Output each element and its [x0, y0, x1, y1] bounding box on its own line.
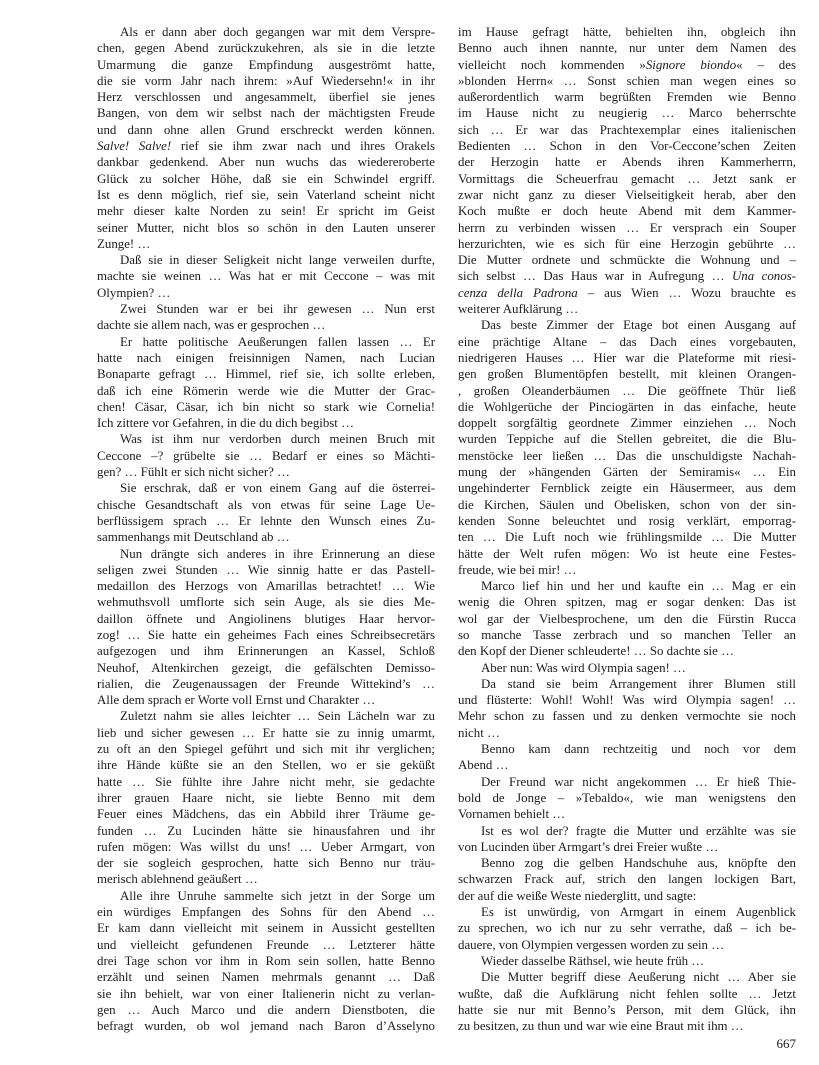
text-line: Wieder dasselbe Räthsel, wie heute früh … — [458, 953, 796, 969]
text-line: funden … Zu Lucinden hätte sie hinausfah… — [97, 823, 435, 839]
text-line: herrn zu verbinden wissen … Er versprach… — [458, 220, 796, 236]
text-line: Salve! Salve! rief sie ihm zwar nach und… — [97, 138, 435, 154]
text-line: Bangen, von dem wir selbst nach der mäch… — [97, 105, 435, 121]
text-line: Aber nun: Was wird Olympia sagen! … — [458, 660, 796, 676]
text-line: hätte der Welt rufen mögen: Wo ist heute… — [458, 546, 796, 562]
paragraph: Es ist unwürdig, von Armgart in einem Au… — [458, 904, 796, 953]
text-line: ihrer grauen Haare nicht, sie liebte Ben… — [97, 790, 435, 806]
text-line: der Herzogin hatte er Abends ihren Kamme… — [458, 154, 796, 170]
paragraph: Marco lief hin und her und kaufte ein … … — [458, 578, 796, 659]
text-line: zwar nicht ganz zu dieser Vielseitigkeit… — [458, 187, 796, 203]
text-line: Da stand sie beim Arrangement ihrer Blum… — [458, 676, 796, 692]
text-line: gen großen Blumentöpfen bestellt, mit kl… — [458, 366, 796, 382]
text-line: Die Mutter ordnete und schmückte die Woh… — [458, 252, 796, 268]
text-line: Umarmung die ganze Empfindung ausgeström… — [97, 57, 435, 73]
text-line: Marco lief hin und her und kaufte ein … … — [458, 578, 796, 594]
paragraph: Aber nun: Was wird Olympia sagen! … — [458, 660, 796, 676]
text-line: Olympien? … — [97, 285, 435, 301]
text-line: mung der »hängenden Gärten der Semiramis… — [458, 464, 796, 480]
text-line: niedrigeren Hauses … Hier war die Platef… — [458, 350, 796, 366]
text-line: und dann ohne allen Grund erschreckt wer… — [97, 122, 435, 138]
text-line: merisch ablehnend geäußert … — [97, 871, 435, 887]
text-line: Nun drängte sich anderes in ihre Erinner… — [97, 546, 435, 562]
italic-text: Signore biondo — [646, 58, 736, 72]
text-line: wehmuthsvoll umflorte sich sein Auge, al… — [97, 594, 435, 610]
text-line: Benno auch ihnen nannte, nur unter dem N… — [458, 40, 796, 56]
text-line: aufgezogen und ihm Erinnerungen an Kasse… — [97, 643, 435, 659]
text-line: Bedienten … Schon in den Vor-Ceccone’sch… — [458, 138, 796, 154]
text-line: Mehr schon zu fassen und zu denken vermo… — [458, 708, 796, 724]
book-page: Als er dann aber doch gegangen war mit d… — [0, 0, 819, 1065]
paragraph: Wieder dasselbe Räthsel, wie heute früh … — [458, 953, 796, 969]
text-line: herzurichten, wie es sich für eine Herzo… — [458, 236, 796, 252]
paragraph: Was ist ihm nur verdorben durch meinen B… — [97, 431, 435, 480]
text-line: menstöcke leer ließen … Das die unschuld… — [458, 448, 796, 464]
text-line: freude, wie bei mir! … — [458, 562, 796, 578]
paragraph: Ist es wol der? fragte die Mutter und er… — [458, 823, 796, 856]
text-line: Neuhof, Altenkirchen gezeigt, die gefäls… — [97, 660, 435, 676]
text-line: Glück zu solcher Höhe, daß sie ein Schwi… — [97, 171, 435, 187]
text-line: mehr dieser kalte Norden zu sein! Er spr… — [97, 203, 435, 219]
text-line: chen, gegen Abend zurückzukehren, als si… — [97, 40, 435, 56]
text-line: kenden Sonne beleuchtet und rosig verklä… — [458, 513, 796, 529]
text-line: Abend … — [458, 757, 796, 773]
text-line: bold de Jonge – »Tebaldo«, wie man wenig… — [458, 790, 796, 806]
text-line: daß ich eine Römerin werde wie die Mutte… — [97, 383, 435, 399]
text-line: wußte, daß die Aufklärung nicht fehlen s… — [458, 986, 796, 1002]
text-line: Daß sie in dieser Seligkeit nicht lange … — [97, 252, 435, 268]
text-line: hatte sie nur mit Benno’s Person, mit de… — [458, 1002, 796, 1018]
text-line: ten … Die Luft noch wie frühlingsmilde …… — [458, 529, 796, 545]
text-line: zu besitzen, zu thun und war wie eine Br… — [458, 1018, 796, 1034]
text-line: Als er dann aber doch gegangen war mit d… — [97, 24, 435, 40]
text-line: erzählt und seinen Namen mehrmals genann… — [97, 969, 435, 985]
text-line: der sie sogleich gesprochen, hatte sich … — [97, 855, 435, 871]
text-line: Feuer eines Mädchens, das ein Abbild ihr… — [97, 806, 435, 822]
text-line: seiner Mutter, nicht blos so schön in de… — [97, 220, 435, 236]
text-line: außerordentlich warm begrüßten Fremden w… — [458, 89, 796, 105]
text-line: die Kirchen, Säulen und Obelisken, schon… — [458, 497, 796, 513]
text-line: hatte … Sie fühlte ihre Jahre nicht mehr… — [97, 774, 435, 790]
text-line: chische Gesandtschaft als von etwas für … — [97, 497, 435, 513]
text-line: Benno zog die gelben Handschuhe aus, knö… — [458, 855, 796, 871]
text-line: von Lucinden über Armgart’s drei Freier … — [458, 839, 796, 855]
text-line: Ceccone –? grübelte sie … Bedarf er eine… — [97, 448, 435, 464]
text-line: machte sie weinen … Was hat er mit Cecco… — [97, 268, 435, 284]
paragraph: Daß sie in dieser Seligkeit nicht lange … — [97, 252, 435, 301]
text-line: Die Mutter begriff diese Aeußerung nicht… — [458, 969, 796, 985]
text-line: dankbar gedenkend. Aber nun wuchs das wi… — [97, 154, 435, 170]
text-line: Zuletzt nahm sie alles leichter … Sein L… — [97, 708, 435, 724]
paragraph: Das beste Zimmer der Etage bot einen Aus… — [458, 317, 796, 578]
italic-text: cenza della Padrona — [458, 286, 578, 300]
text-line: zog! … Sie hatte ein geheimes Fach eines… — [97, 627, 435, 643]
text-line: Herz verschlossen und angesammelt, überf… — [97, 89, 435, 105]
text-line: Der Freund war nicht angekommen … Er hie… — [458, 774, 796, 790]
text-line: Ist es denn möglich, rief sie, sein Vate… — [97, 187, 435, 203]
paragraph: Als er dann aber doch gegangen war mit d… — [97, 24, 435, 252]
text-line: wol gar der Vielbesprochene, um den die … — [458, 611, 796, 627]
text-line: sammenhangs mit Deutschland ab … — [97, 529, 435, 545]
paragraph: Zuletzt nahm sie alles leichter … Sein L… — [97, 708, 435, 887]
text-line: lieb und sicher gewesen … Er hatte sie z… — [97, 725, 435, 741]
paragraph: Die Mutter begriff diese Aeußerung nicht… — [458, 969, 796, 1034]
text-column-right: im Hause gefragt hätte, behielten ihn, o… — [458, 24, 796, 1034]
paragraph: Der Freund war nicht angekommen … Er hie… — [458, 774, 796, 823]
text-line: medaillon des Herzogs von Amarillas betr… — [97, 578, 435, 594]
text-line: Alle ihre Unruhe sammelte sich jetzt in … — [97, 888, 435, 904]
text-line: Vornamen behielt … — [458, 806, 796, 822]
text-line: und vielleicht gefundenen Freunde … Letz… — [97, 937, 435, 953]
text-line: wurden Teppiche auf die Stellen gebreite… — [458, 431, 796, 447]
text-line: Koch mußte er doch heute Abend mit dem K… — [458, 203, 796, 219]
paragraph: Alle ihre Unruhe sammelte sich jetzt in … — [97, 888, 435, 1035]
text-line: nicht … — [458, 725, 796, 741]
text-line: im Hause gefragt hätte, behielten ihn, o… — [458, 24, 796, 40]
text-line: »blonden Herrn« … Sonst schien man wegen… — [458, 73, 796, 89]
text-line: seligen zwei Stunden … Wie sinnig hatte … — [97, 562, 435, 578]
text-line: ein würdiges Empfangen des Sohns für den… — [97, 904, 435, 920]
paragraph: Er hatte politische Aeußerungen fallen l… — [97, 334, 435, 432]
text-line: chen! Cäsar, Cäsar, ich bin nicht so sta… — [97, 399, 435, 415]
text-line: weiterer Aufklärung … — [458, 301, 796, 317]
text-line: sich … Er war das Prachtexemplar eines i… — [458, 122, 796, 138]
text-line: dachte sie allem nach, was er gesprochen… — [97, 317, 435, 333]
text-line: dauere, von Olympien vergessen worden zu… — [458, 937, 796, 953]
text-line: die Wohlgerüche der Pinciogärten in das … — [458, 399, 796, 415]
text-line: der auf die weiße Weste niederglitt, und… — [458, 888, 796, 904]
text-line: befragt wurden, ob wol jemand nach Baron… — [97, 1018, 435, 1034]
text-line: cenza della Padrona – aus Wien … Wozu br… — [458, 285, 796, 301]
text-line: Er hatte politische Aeußerungen fallen l… — [97, 334, 435, 350]
text-line: Sie erschrak, daß er von einem Gang auf … — [97, 480, 435, 496]
text-line: den Kopf der Diener schleuderte! … So da… — [458, 643, 796, 659]
text-line: sich selbst … Das Haus war in Aufregung … — [458, 268, 796, 284]
text-line: ihre Hände küßte sie an den Stellen, wo … — [97, 757, 435, 773]
text-line: rialien, die Zeugenaussagen der Freunde … — [97, 676, 435, 692]
paragraph: im Hause gefragt hätte, behielten ihn, o… — [458, 24, 796, 317]
text-line: Ich zittere vor Gefahren, in die du dich… — [97, 415, 435, 431]
italic-text: Una conos- — [732, 269, 796, 283]
text-line: Benno kam dann rechtzeitig und noch vor … — [458, 741, 796, 757]
text-line: Zunge! … — [97, 236, 435, 252]
paragraph: Sie erschrak, daß er von einem Gang auf … — [97, 480, 435, 545]
text-line: und flüsterte: Wohl! Wohl! Was wird Olym… — [458, 692, 796, 708]
text-line: Alle dem sprach er Worte voll Ernst und … — [97, 692, 435, 708]
text-line: sie ihn behielt, war von einer Italiener… — [97, 986, 435, 1002]
text-line: gen? … Fühlt er sich nicht sicher? … — [97, 464, 435, 480]
text-line: Bonaparte gefragt … Himmel, rief sie, ic… — [97, 366, 435, 382]
text-line: berflüssigem sprach … Er lehnte den Wuns… — [97, 513, 435, 529]
text-line: zu oft an den Spiegel geführt und sich m… — [97, 741, 435, 757]
text-line: im Hause nicht zu neugierig … Marco behe… — [458, 105, 796, 121]
paragraph: Da stand sie beim Arrangement ihrer Blum… — [458, 676, 796, 741]
paragraph: Nun drängte sich anderes in ihre Erinner… — [97, 546, 435, 709]
italic-text: Salve! Salve! — [97, 139, 171, 153]
text-line: doppelt sorgfältig geordnete Zimmer einz… — [458, 415, 796, 431]
text-line: , großen Oleanderbäumen … Die geöffnete … — [458, 383, 796, 399]
paragraph: Benno kam dann rechtzeitig und noch vor … — [458, 741, 796, 774]
text-line: Das beste Zimmer der Etage bot einen Aus… — [458, 317, 796, 333]
text-line: Vormittags die Scheuerfrau gemacht … Jet… — [458, 171, 796, 187]
text-line: schwarzen Frack auf, strich den langen l… — [458, 871, 796, 887]
page-number: 667 — [458, 1036, 796, 1052]
text-line: Es ist unwürdig, von Armgart in einem Au… — [458, 904, 796, 920]
text-line: Zwei Stunden war er bei ihr gewesen … Nu… — [97, 301, 435, 317]
paragraph: Benno zog die gelben Handschuhe aus, knö… — [458, 855, 796, 904]
text-line: gen … Auch Marco und die andern Dienstbo… — [97, 1002, 435, 1018]
text-line: eine prächtige Altane – das Dach eines v… — [458, 334, 796, 350]
text-line: hatte nach einigen freisinnigen Namen, n… — [97, 350, 435, 366]
text-line: wenig die Ohren spitzen, mag er sogar de… — [458, 594, 796, 610]
paragraph: Zwei Stunden war er bei ihr gewesen … Nu… — [97, 301, 435, 334]
text-line: zu sprechen, wo ich nur zu sehr verrathe… — [458, 920, 796, 936]
text-line: vielleicht noch kommenden »Signore biond… — [458, 57, 796, 73]
text-column-left: Als er dann aber doch gegangen war mit d… — [97, 24, 435, 1034]
text-line: Ist es wol der? fragte die Mutter und er… — [458, 823, 796, 839]
text-line: Er kam dann vielleicht mit seinem in Aus… — [97, 920, 435, 936]
text-line: die sie vorm Jahr nach ihrem: »Auf Wiede… — [97, 73, 435, 89]
text-line: ungehinderter Fernblick zeigte ein Häuse… — [458, 480, 796, 496]
text-line: daillon öffnete und Angiolinens blutiges… — [97, 611, 435, 627]
text-line: drei Tage schon vor ihm in Rom sein soll… — [97, 953, 435, 969]
text-line: so manche Tasse zerbrach und so manchen … — [458, 627, 796, 643]
text-line: rufen mögen: Was willst du uns! … Ueber … — [97, 839, 435, 855]
text-line: Was ist ihm nur verdorben durch meinen B… — [97, 431, 435, 447]
